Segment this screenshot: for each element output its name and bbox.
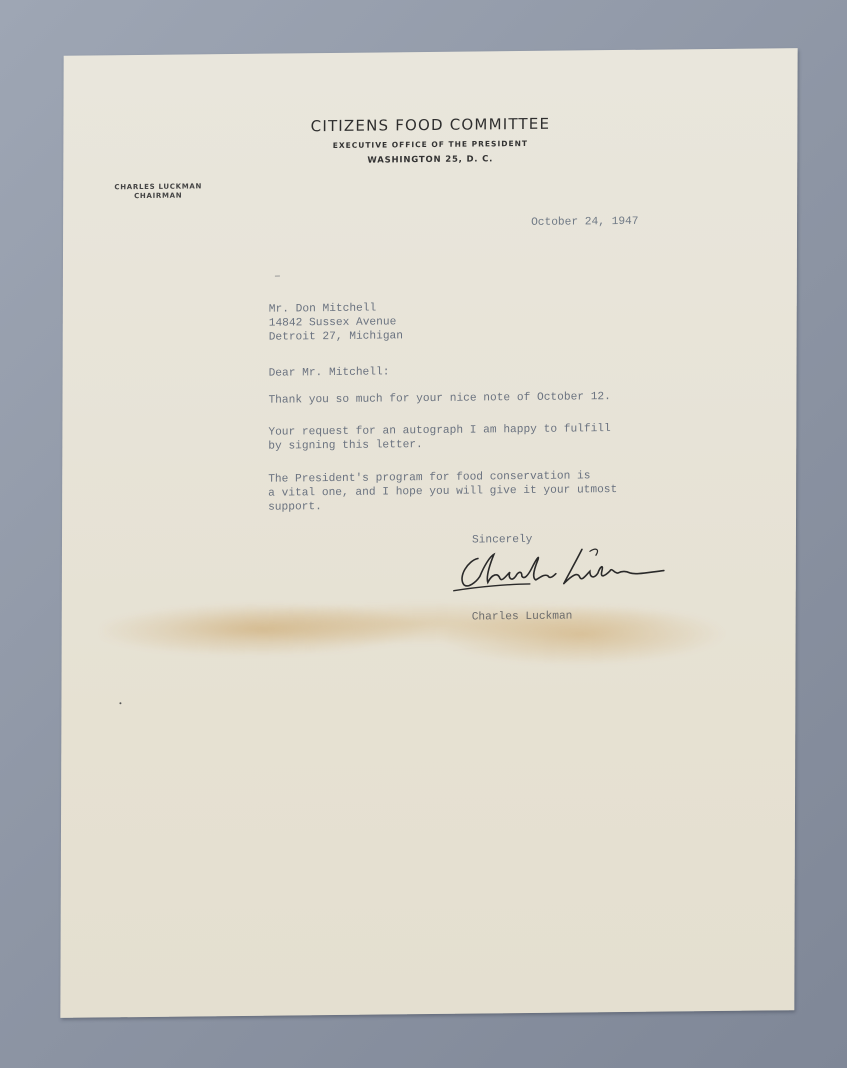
recipient-name: Mr. Don Mitchell bbox=[269, 301, 403, 316]
letterhead-organization: CITIZENS FOOD COMMITTEE bbox=[63, 112, 797, 138]
water-stain bbox=[102, 584, 742, 681]
paragraph-3: The President's program for food conserv… bbox=[268, 469, 617, 515]
margin-mark bbox=[275, 276, 280, 277]
chairman-title: CHAIRMAN bbox=[103, 191, 213, 201]
signer-name: Charles Luckman bbox=[472, 610, 573, 625]
handwritten-signature bbox=[450, 544, 670, 596]
salutation: Dear Mr. Mitchell: bbox=[269, 365, 390, 380]
paragraph-1: Thank you so much for your nice note of … bbox=[268, 390, 610, 408]
letterhead-chairman: CHARLES LUCKMAN CHAIRMAN bbox=[103, 182, 213, 201]
recipient-street: 14842 Sussex Avenue bbox=[269, 315, 403, 330]
recipient-address: Mr. Don Mitchell14842 Sussex AvenueDetro… bbox=[269, 301, 403, 344]
letterhead-location: WASHINGTON 25, D. C. bbox=[63, 151, 797, 169]
letter-paper: CITIZENS FOOD COMMITTEE EXECUTIVE OFFICE… bbox=[60, 48, 797, 1018]
letterhead-office: EXECUTIVE OFFICE OF THE PRESIDENT bbox=[63, 136, 797, 153]
paper-speck bbox=[119, 702, 121, 704]
paragraph-2: Your request for an autograph I am happy… bbox=[268, 422, 610, 454]
letter-date: October 24, 1947 bbox=[531, 215, 638, 230]
recipient-city: Detroit 27, Michigan bbox=[269, 329, 403, 344]
